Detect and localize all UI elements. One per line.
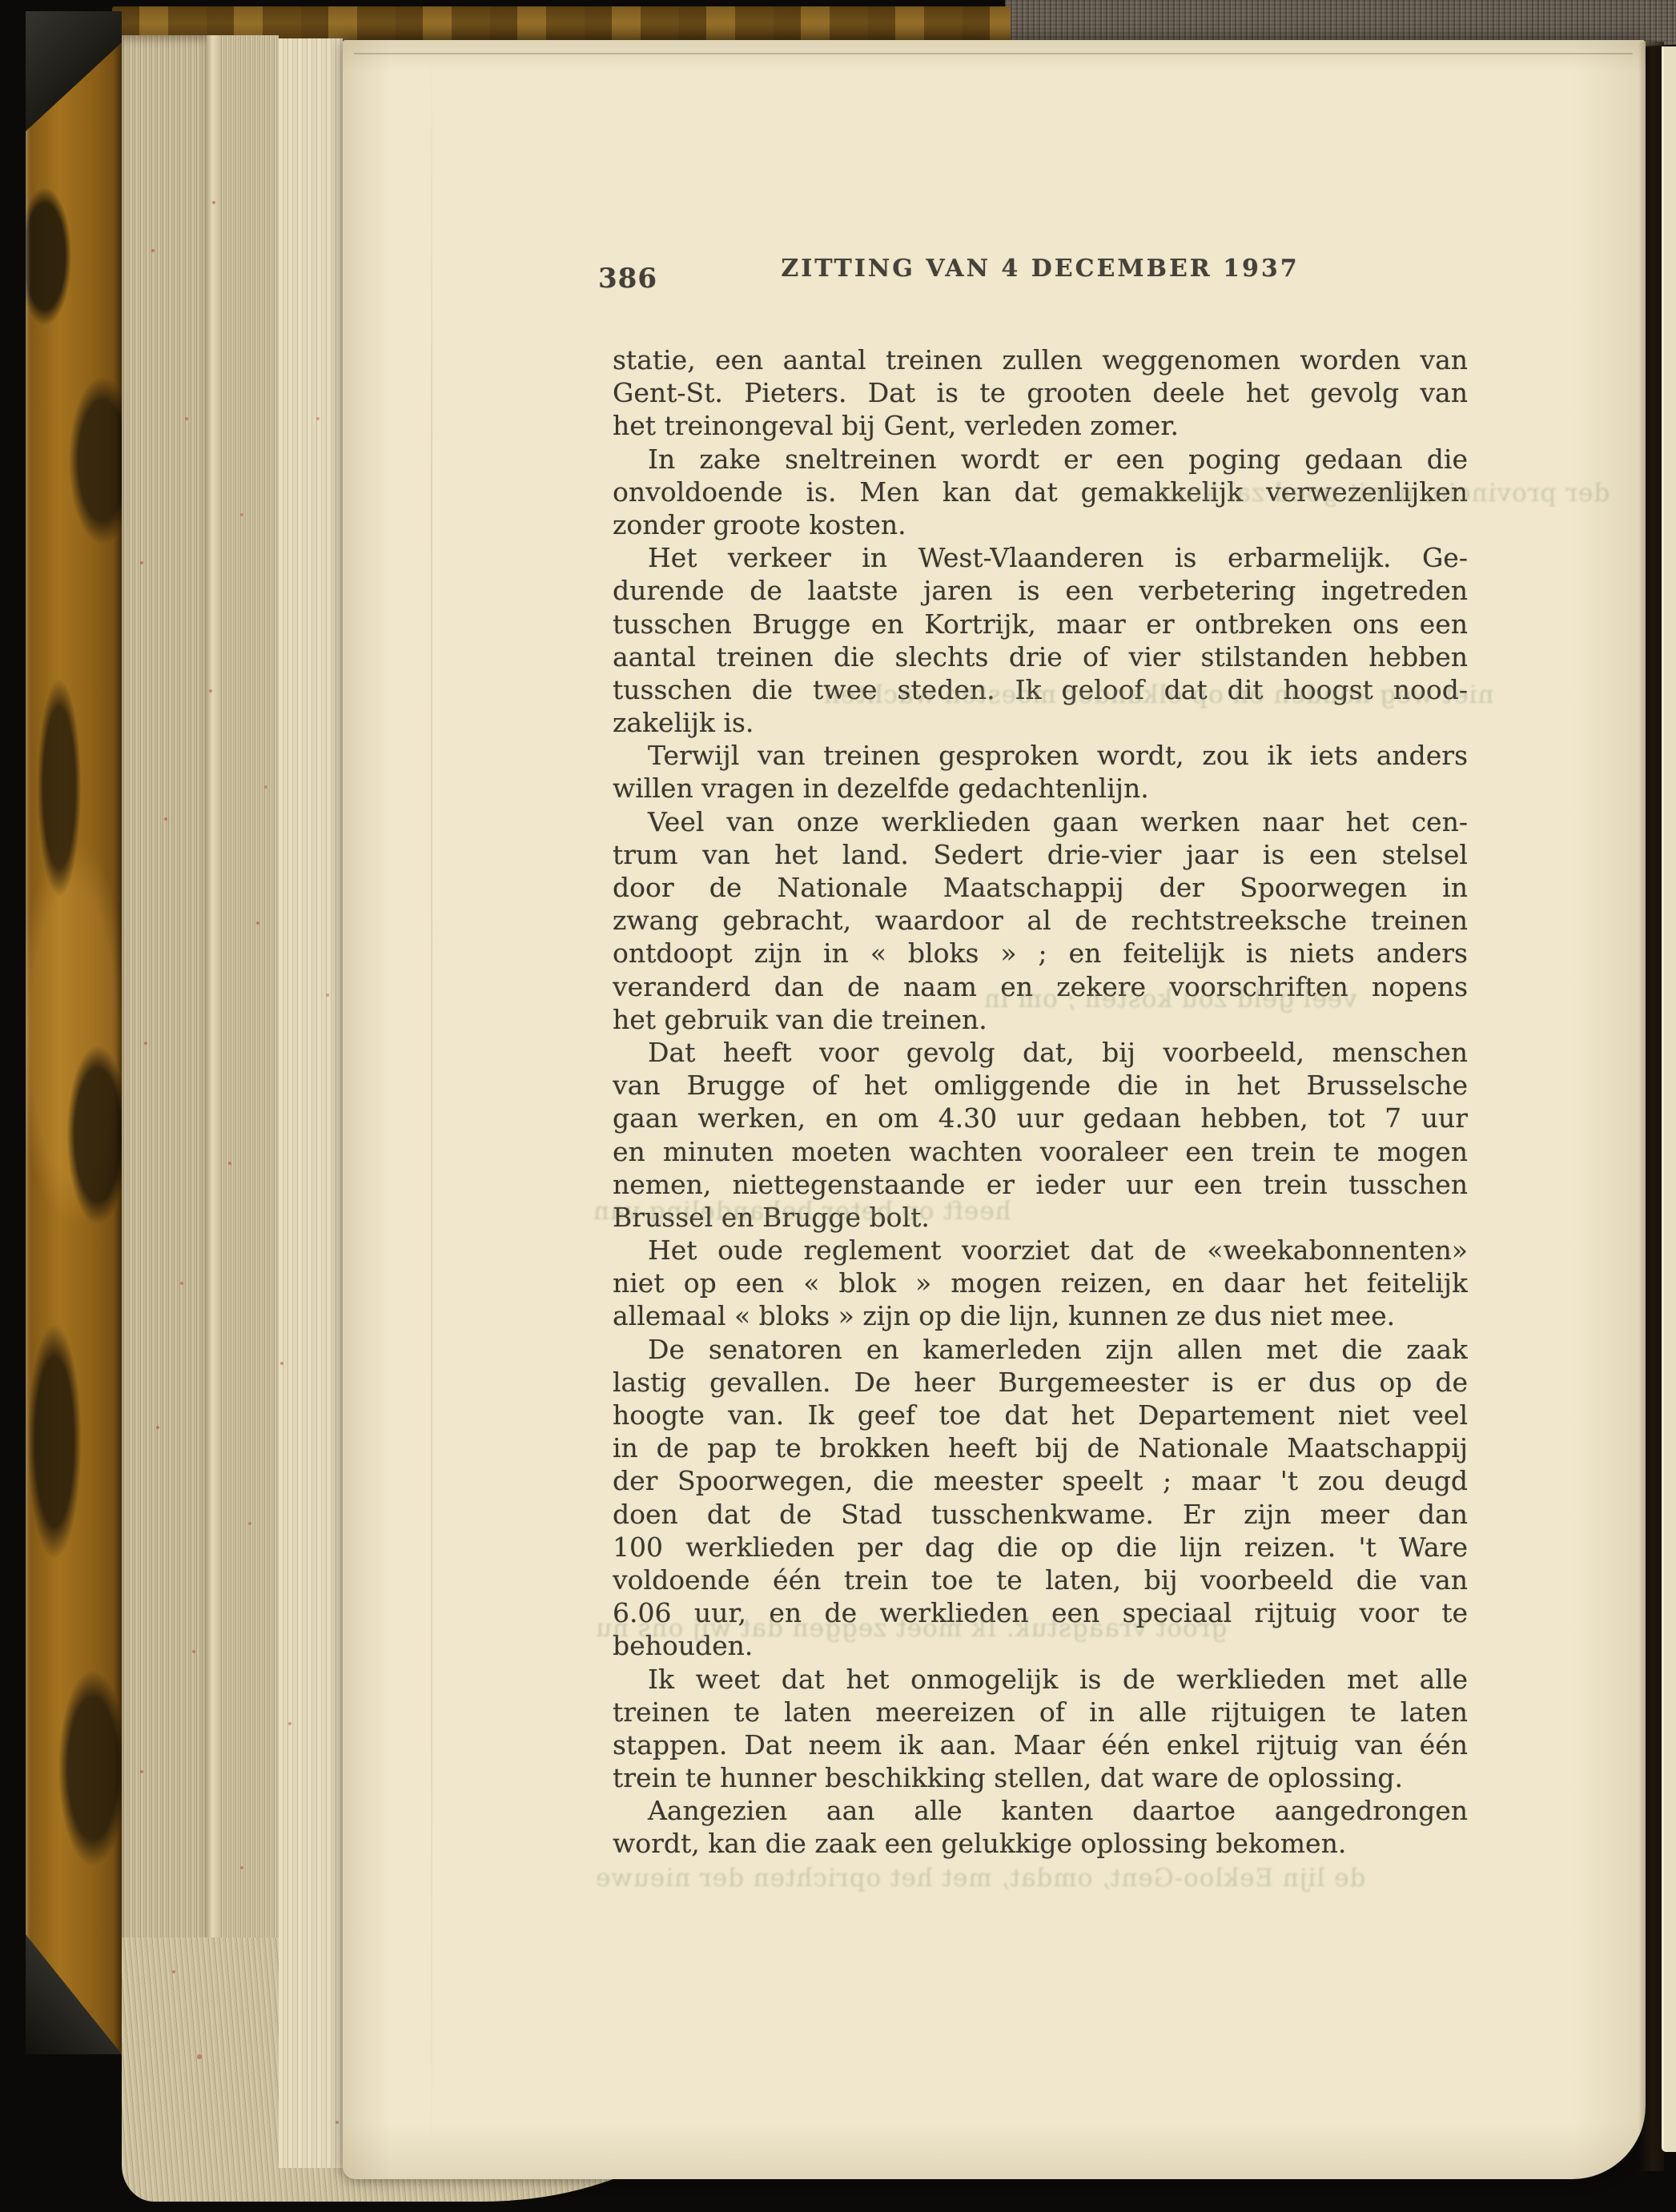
text-line: Terwijl van treinen gesproken wordt, zou… — [613, 739, 1468, 772]
page-crease — [431, 40, 432, 2179]
text-line: statie, een aantal treinen zullen weggen… — [613, 343, 1468, 376]
text-line: Gent-St. Pieters. Dat is te grooten deel… — [613, 376, 1468, 409]
text-line: stappen. Dat neem ik aan. Maar één enkel… — [613, 1728, 1468, 1761]
text-line: Brussel en Brugge bolt. — [613, 1201, 1468, 1234]
text-line: trum van het land. Sedert drie-vier jaar… — [613, 838, 1468, 871]
page-stack-edges — [279, 38, 343, 2168]
text-line: en minuten moeten wachten vooraleer een … — [613, 1135, 1468, 1168]
scanned-book-page: 386 ZITTING VAN 4 DECEMBER 1937 statie, … — [0, 0, 1676, 2212]
text-line: aantal treinen die slechts drie of vier … — [613, 640, 1468, 673]
text-line: trein te hunner beschikking stellen, dat… — [613, 1761, 1468, 1794]
text-line: niet op een « blok » mogen reizen, en da… — [613, 1267, 1468, 1299]
under-page-hairline — [354, 53, 1633, 54]
leather-corner-bottom — [26, 1918, 122, 2054]
text-line: Dat heeft voor gevolg dat, bij voorbeeld… — [613, 1036, 1468, 1069]
text-line: behouden. — [613, 1629, 1468, 1662]
text-line: tusschen Brugge en Kortrijk, maar er ont… — [613, 608, 1468, 640]
text-line: willen vragen in dezelfde gedachtenlijn. — [613, 772, 1468, 805]
page-fore-edge-band2 — [219, 35, 279, 2085]
page-fore-edge-ridge — [207, 35, 219, 2085]
text-line: zakelijk is. — [613, 706, 1468, 739]
text-line: treinen te laten meereizen of in alle ri… — [613, 1696, 1468, 1728]
text-line: Het verkeer in West-Vlaanderen is erbarm… — [613, 541, 1468, 574]
text-line: Het oude reglement voorziet dat de «week… — [613, 1234, 1468, 1267]
text-line: zonder groote kosten. — [613, 508, 1468, 541]
text-line: zwang gebracht, waardoor al de rechtstre… — [613, 904, 1468, 937]
text-line: nemen, niettegenstaande er ieder uur een… — [613, 1168, 1468, 1201]
text-line: Ik weet dat het onmogelijk is de werklie… — [613, 1663, 1468, 1696]
running-header: ZITTING VAN 4 DECEMBER 1937 — [613, 255, 1468, 283]
text-line: tusschen die twee steden. Ik geloof dat … — [613, 673, 1468, 706]
text-line: ontdoopt zijn in « bloks » ; en feitelij… — [613, 937, 1468, 970]
text-line: lastig gevallen. De heer Burgemeester is… — [613, 1366, 1468, 1399]
body-text: statie, een aantal treinen zullen weggen… — [613, 343, 1468, 1861]
text-line: 6.06 uur, en de werklieden een speciaal … — [613, 1596, 1468, 1629]
text-line: gaan werken, en om 4.30 uur gedaan hebbe… — [613, 1102, 1468, 1134]
text-line: allemaal « bloks » zijn op die lijn, kun… — [613, 1299, 1468, 1332]
show-through-line: de lijn Eekloo-Gent, omdat, met het opri… — [595, 1864, 1365, 1893]
text-line: der Spoorwegen, die meester speelt ; maa… — [613, 1464, 1468, 1497]
page-number: 386 — [598, 263, 657, 295]
text-line: Aangezien aan alle kanten daartoe aanged… — [613, 1794, 1468, 1827]
gutter-shadow — [1638, 42, 1664, 2171]
red-speckle-dots — [0, 0, 2, 2]
book-page: 386 ZITTING VAN 4 DECEMBER 1937 statie, … — [343, 40, 1646, 2179]
leather-corner-top — [26, 11, 122, 131]
running-head-row: 386 ZITTING VAN 4 DECEMBER 1937 — [613, 255, 1468, 290]
text-line: hoogte van. Ik geef toe dat het Departem… — [613, 1399, 1468, 1431]
page-fore-edge-band — [122, 35, 207, 2085]
text-line: in de pap te brokken heeft bij de Nation… — [613, 1431, 1468, 1464]
text-line: van Brugge of het omliggende die in het … — [613, 1069, 1468, 1102]
facing-page-sliver — [1662, 46, 1676, 2152]
text-line: In zake sneltreinen wordt er een poging … — [613, 443, 1468, 476]
text-line: Veel van onze werklieden gaan werken naa… — [613, 805, 1468, 838]
text-line: De senatoren en kamerleden zijn allen me… — [613, 1333, 1468, 1366]
text-line: het treinongeval bij Gent, verleden zome… — [613, 409, 1468, 442]
text-line: onvoldoende is. Men kan dat gemakkelijk … — [613, 476, 1468, 508]
text-line: 100 werklieden per dag die op die lijn r… — [613, 1531, 1468, 1564]
text-line: voldoende één trein toe te laten, bij vo… — [613, 1564, 1468, 1596]
text-line: doen dat de Stad tusschenkwame. Er zijn … — [613, 1498, 1468, 1531]
text-line: durende de laatste jaren is een verbeter… — [613, 574, 1468, 607]
text-line: wordt, kan die zaak een gelukkige oploss… — [613, 1827, 1468, 1860]
text-line: veranderd dan de naam en zekere voorschr… — [613, 970, 1468, 1003]
text-line: door de Nationale Maatschappij der Spoor… — [613, 871, 1468, 904]
text-line: het gebruik van die treinen. — [613, 1003, 1468, 1036]
marbled-leather-cover — [26, 11, 122, 2054]
